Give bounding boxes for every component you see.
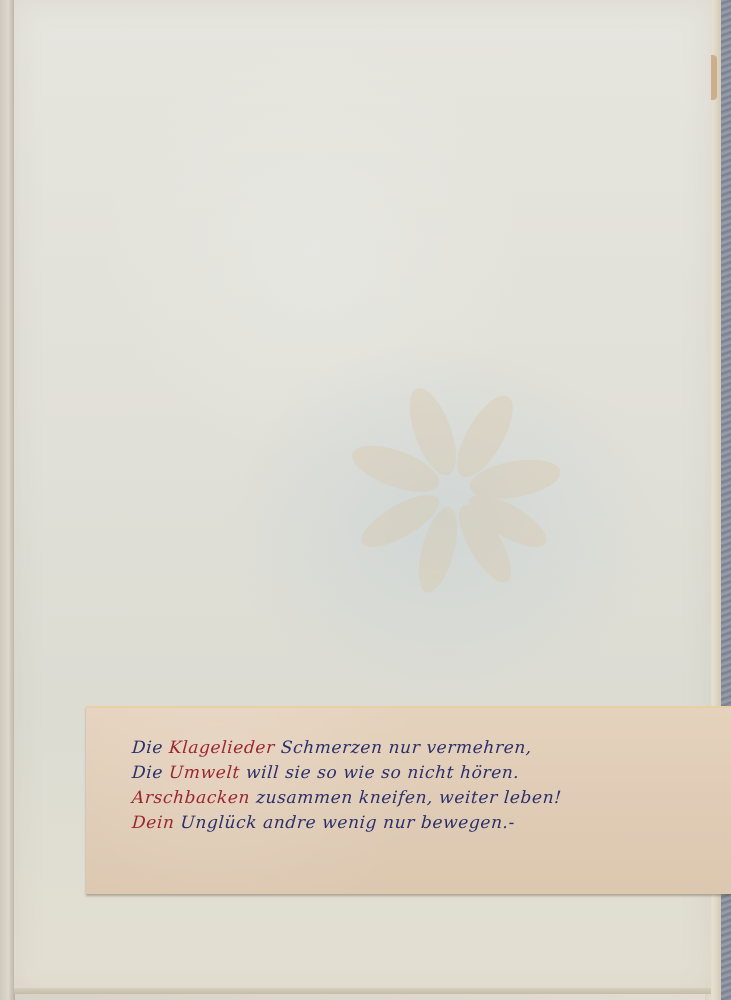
verse-line-3-rest: zusammen kneifen, weiter leben! [249,788,562,808]
verse-line-4: Dein Unglück andre wenig nur bewegen.- [131,811,693,836]
verse-line-2: Die Umwelt will sie so wie so nicht höre… [131,761,693,786]
verse-line-4-rest: Unglück andre wenig nur bewegen.- [174,813,516,833]
verse-line-1-rest: Schmerzen nur vermehren, [274,738,532,758]
verse-line-2-start: Die [131,763,163,783]
page-bottom-edge [14,988,711,994]
binding-edge [0,0,15,1000]
verse-line-4-accent: Dein [131,813,175,833]
verse-line-3: Arschbacken zusammen kneifen, weiter leb… [131,786,693,811]
verse-line-1-start: Die [131,738,163,758]
verse-lines: Die Klagelieder Schmerzen nur vermehren,… [132,736,692,836]
verse-line-2-accent: Umwelt [162,763,240,783]
verse-line-1: Die Klagelieder Schmerzen nur vermehren, [131,736,693,761]
flower-bleed-through-icon [344,375,564,605]
verse-line-3-accent: Arschbacken [131,788,250,808]
photo-scene: Die Klagelieder Schmerzen nur vermehren,… [0,0,731,1000]
verse-line-2-rest: will sie so wie so nicht hören. [239,763,520,783]
verse-line-1-accent: Klagelieder [162,738,275,758]
pasted-handwritten-note: Die Klagelieder Schmerzen nur vermehren,… [86,706,731,894]
